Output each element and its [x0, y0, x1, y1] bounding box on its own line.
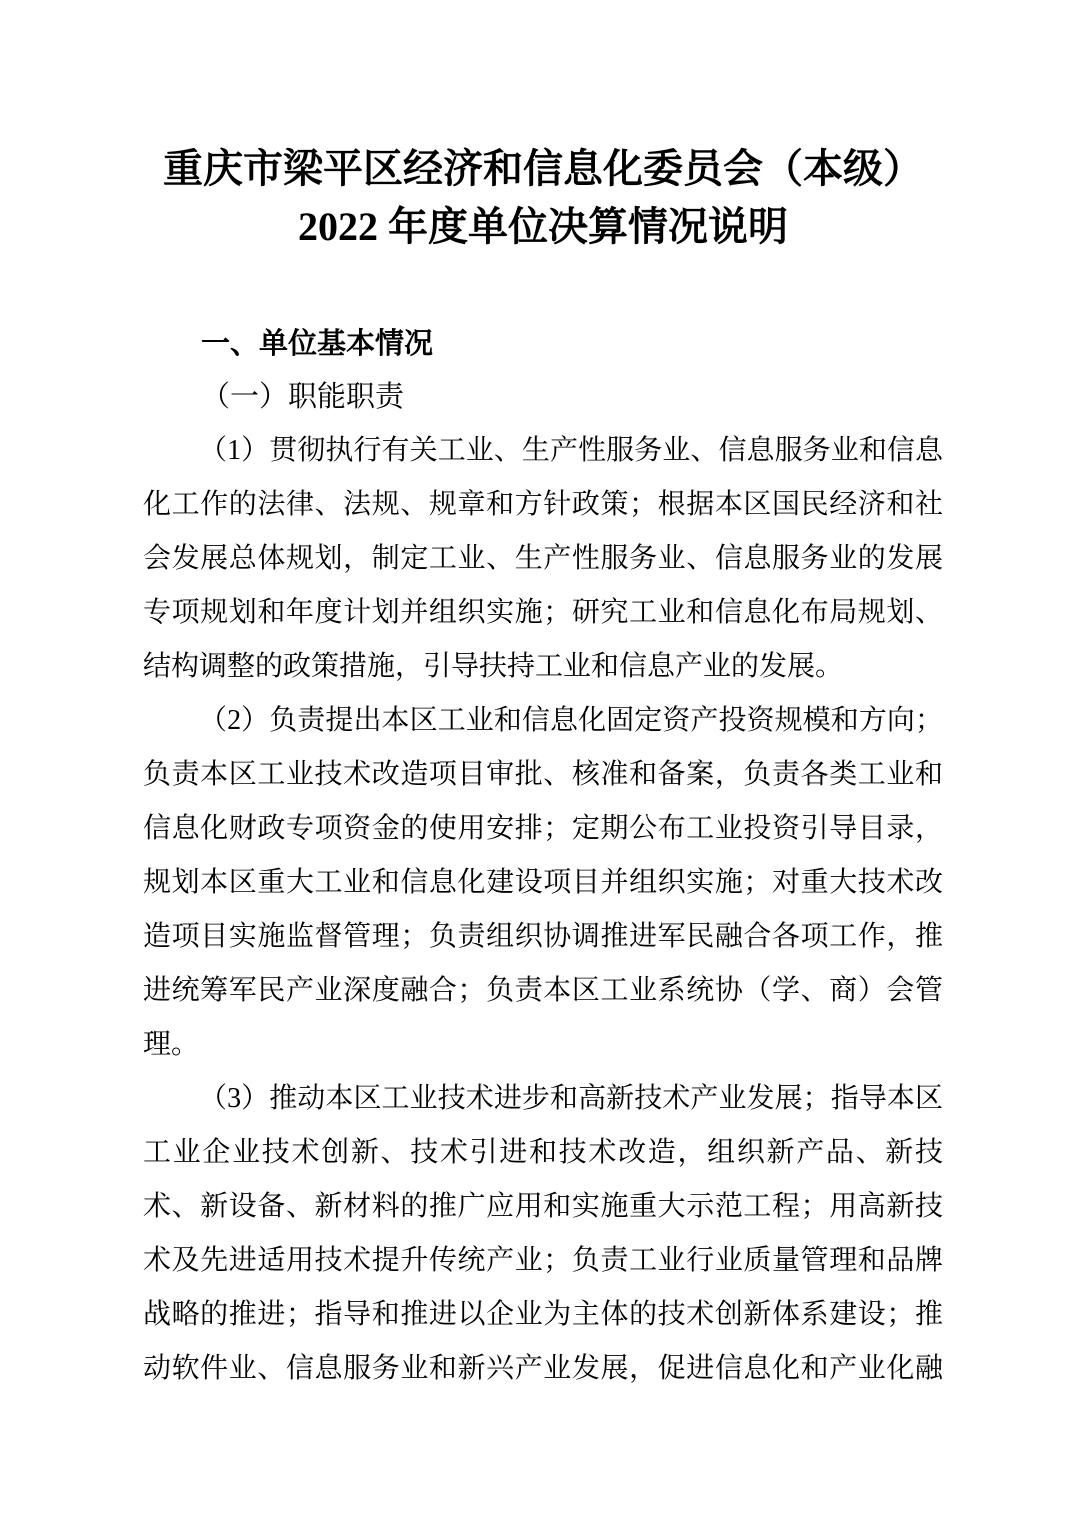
document-title-line2: 2022 年度单位决算情况说明 — [143, 198, 943, 256]
document-page: 重庆市梁平区经济和信息化委员会（本级） 2022 年度单位决算情况说明 一、单位… — [0, 0, 1074, 1520]
document-title-line1: 重庆市梁平区经济和信息化委员会（本级） — [143, 140, 943, 198]
document-title: 重庆市梁平区经济和信息化委员会（本级） 2022 年度单位决算情况说明 — [143, 140, 943, 256]
body-text: （1）贯彻执行有关工业、生产性服务业、信息服务业和信息化工作的法律、法规、规章和… — [143, 424, 943, 1396]
paragraph-duty-3: （3）推动本区工业技术进步和高新技术产业发展；指导本区工业企业技术创新、技术引进… — [143, 1072, 943, 1396]
paragraph-duty-1: （1）贯彻执行有关工业、生产性服务业、信息服务业和信息化工作的法律、法规、规章和… — [143, 424, 943, 694]
subsection-heading-duties: （一）职能职责 — [143, 370, 943, 424]
paragraph-duty-2: （2）负责提出本区工业和信息化固定资产投资规模和方向；负责本区工业技术改造项目审… — [143, 694, 943, 1072]
document-content: 重庆市梁平区经济和信息化委员会（本级） 2022 年度单位决算情况说明 一、单位… — [143, 140, 943, 1396]
section-heading-basic-info: 一、单位基本情况 — [143, 316, 943, 370]
